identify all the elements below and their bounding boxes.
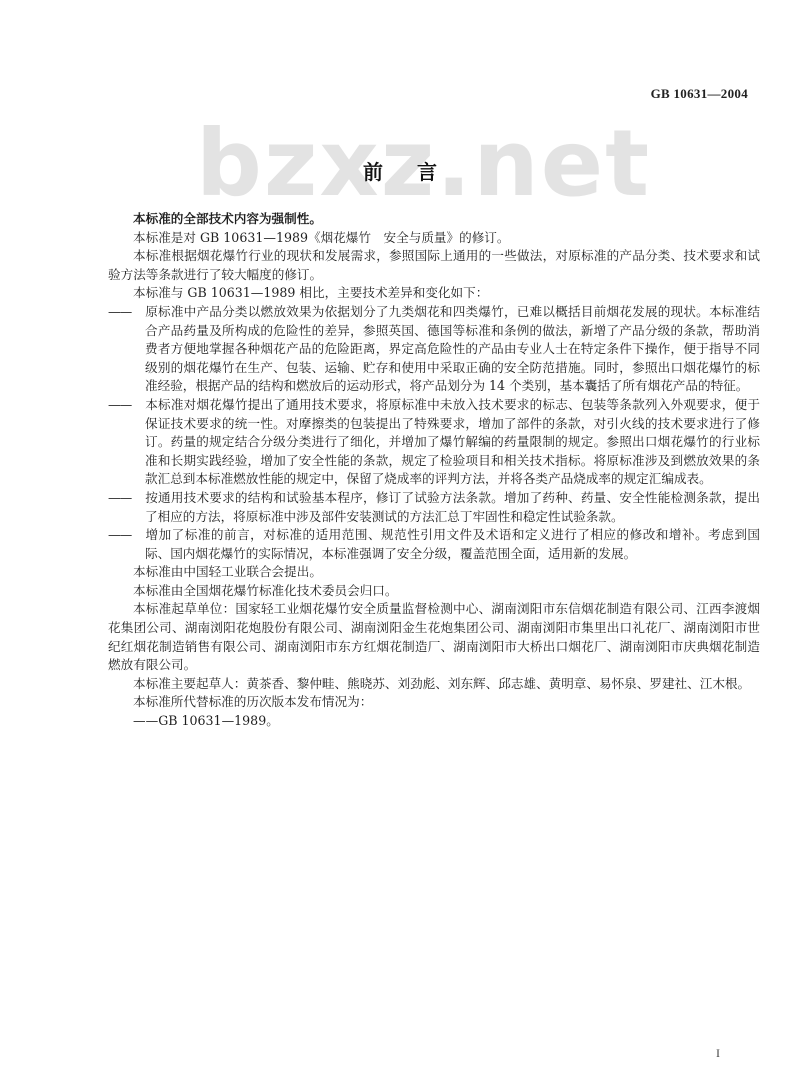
history-item-text: GB 10631—1989。 [158, 713, 279, 728]
change-item-text: 增加了标准的前言，对标准的适用范围、规范性引用文件及术语和定义进行了相应的修改和… [145, 527, 760, 561]
dash-bullet: —— [108, 303, 145, 322]
change-item-text: 本标准对烟花爆竹提出了通用技术要求，将原标准中未放入技术要求的标志、包装等条款列… [145, 397, 760, 486]
dash-bullet: —— [108, 526, 145, 545]
paragraph-history-intro: 本标准所代替标准的历次版本发布情况为： [108, 693, 760, 712]
dash-bullet: —— [108, 489, 145, 508]
dash-bullet: —— [133, 713, 158, 728]
change-item-text: 按通用技术要求的结构和试验基本程序，修订了试验方法条款。增加了药种、药量、安全性… [145, 490, 760, 524]
history-item: ——GB 10631—1989。 [108, 712, 760, 731]
paragraph-revision-basis: 本标准根据烟花爆竹行业的现状和发展需求，参照国际上通用的一些做法，对原标准的产品… [108, 247, 760, 284]
paragraph-proposed-by: 本标准由中国轻工业联合会提出。 [108, 563, 760, 582]
paragraph-drafting-units: 本标准起草单位：国家轻工业烟花爆竹安全质量监督检测中心、湖南浏阳市东信烟花制造有… [108, 600, 760, 674]
paragraph-centralized-by: 本标准由全国烟花爆竹标准化技术委员会归口。 [108, 582, 760, 601]
page-title: 前言 [0, 156, 800, 185]
dash-bullet: —— [108, 396, 145, 415]
standard-number-header: GB 10631—2004 [651, 86, 748, 102]
page-number: I [716, 1046, 720, 1061]
paragraph-revision-of: 本标准是对 GB 10631—1989《烟花爆竹 安全与质量》的修订。 [108, 229, 760, 248]
change-item-classification: ——原标准中产品分类以燃放效果为依据划分了九类烟花和四类爆竹，已难以概括目前烟花… [108, 303, 760, 396]
paragraph-drafters: 本标准主要起草人：黄茶香、黎仲畦、熊晓苏、刘劲彪、刘东辉、邱志雄、黄明章、易怀泉… [108, 675, 760, 694]
paragraph-changes-intro: 本标准与 GB 10631—1989 相比，主要技术差异和变化如下： [108, 284, 760, 303]
change-item-text: 原标准中产品分类以燃放效果为依据划分了九类烟花和四类爆竹，已难以概括目前烟花发展… [145, 304, 760, 393]
change-item-technical-requirements: ——本标准对烟花爆竹提出了通用技术要求，将原标准中未放入技术要求的标志、包装等条… [108, 396, 760, 489]
paragraph-mandatory-statement: 本标准的全部技术内容为强制性。 [108, 210, 760, 229]
document-body: 本标准的全部技术内容为强制性。 本标准是对 GB 10631—1989《烟花爆竹… [108, 210, 760, 731]
change-item-test-methods: ——按通用技术要求的结构和试验基本程序，修订了试验方法条款。增加了药种、药量、安… [108, 489, 760, 526]
change-item-foreword-scope: ——增加了标准的前言，对标准的适用范围、规范性引用文件及术语和定义进行了相应的修… [108, 526, 760, 563]
